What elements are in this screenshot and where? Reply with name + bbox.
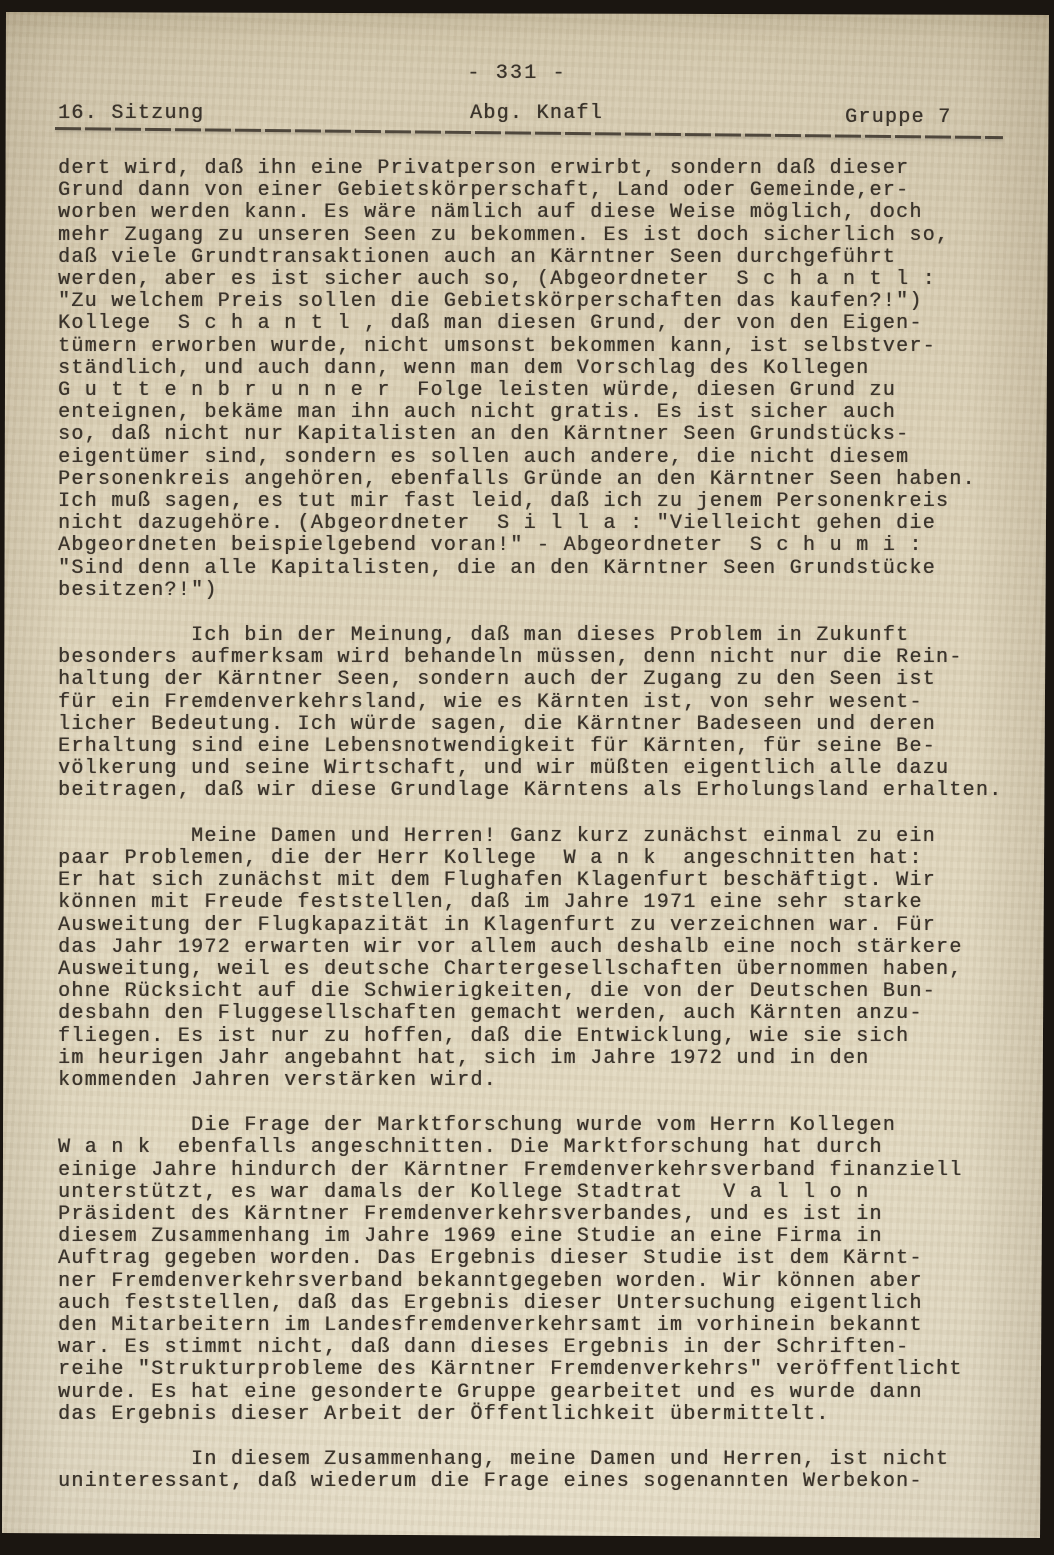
text-line: "Sind denn alle Kapitalisten, die an den… [58, 558, 1018, 580]
text-line: reihe "Strukturprobleme des Kärntner Fre… [58, 1359, 1018, 1381]
text-line: uninteressant, daß wiederum die Frage ei… [58, 1471, 1018, 1493]
text-line: einige Jahre hindurch der Kärntner Fremd… [58, 1160, 1018, 1182]
text-line: unterstützt, es war damals der Kollege S… [58, 1182, 1018, 1204]
text-line: ner Fremdenverkehrsverband bekanntgegebe… [58, 1271, 1018, 1293]
text-line: licher Bedeutung. Ich würde sagen, die K… [58, 714, 1018, 736]
text-line: Abgeordneten beispielgebend voran!" - Ab… [58, 535, 1018, 557]
text-line: haltung der Kärntner Seen, sondern auch … [58, 669, 1018, 691]
text-line: daß viele Grundtransaktionen auch an Kär… [58, 247, 1018, 269]
text-line: das Jahr 1972 erwarten wir vor allem auc… [58, 937, 1018, 959]
text-line: Ich bin der Meinung, daß man dieses Prob… [58, 625, 1018, 647]
text-line: worben werden kann. Es wäre nämlich auf … [58, 202, 1018, 224]
text-line: In diesem Zusammenhang, meine Damen und … [58, 1449, 1018, 1471]
text-line: Grund dann von einer Gebietskörperschaft… [58, 180, 1018, 202]
text-line: Ausweitung der Flugkapazität in Klagenfu… [58, 915, 1018, 937]
text-line: Personenkreis angehören, ebenfalls Gründ… [58, 469, 1018, 491]
text-line: paar Problemen, die der Herr Kollege W a… [58, 848, 1018, 870]
text-line: Präsident des Kärntner Fremdenverkehrsve… [58, 1204, 1018, 1226]
scanned-page: - 331 - 16. Sitzung Abg. Knafl Gruppe 7 … [0, 0, 1054, 1555]
text-line: im heurigen Jahr angebahnt hat, sich im … [58, 1048, 1018, 1070]
text-line: eigentümer sind, sondern es sollen auch … [58, 447, 1018, 469]
page-number: - 331 - [0, 62, 1034, 85]
text-line: G u t t e n b r u n n e r Folge leisten … [58, 380, 1018, 402]
document-body: dert wird, daß ihn eine Privatperson erw… [58, 158, 1018, 1516]
paragraph: Die Frage der Marktforschung wurde vom H… [58, 1115, 1018, 1426]
header-session-label: 16. Sitzung [58, 102, 204, 125]
text-line: so, daß nicht nur Kapitalisten an den Kä… [58, 424, 1018, 446]
text-line: tümern erworben wurde, nicht umsonst bek… [58, 336, 1018, 358]
text-line: Erhaltung sind eine Lebensnotwendigkeit … [58, 736, 1018, 758]
text-line: nicht dazugehöre. (Abgeordneter S i l l … [58, 513, 1018, 535]
paragraph: Meine Damen und Herren! Ganz kurz zunäch… [58, 826, 1018, 1092]
text-line: völkerung und seine Wirtschaft, und wir … [58, 758, 1018, 780]
text-line: war. Es stimmt nicht, daß dann dieses Er… [58, 1337, 1018, 1359]
text-line: ohne Rücksicht auf die Schwierigkeiten, … [58, 981, 1018, 1003]
text-line: besitzen?!") [58, 580, 1018, 602]
text-line: Ausweitung, weil es deutsche Chartergese… [58, 959, 1018, 981]
text-line: enteignen, bekäme man ihn auch nicht gra… [58, 402, 1018, 424]
text-line: "Zu welchem Preis sollen die Gebietskörp… [58, 291, 1018, 313]
header-speaker-label: Abg. Knafl [470, 102, 603, 125]
text-line: können mit Freude feststellen, daß im Ja… [58, 892, 1018, 914]
paragraph: dert wird, daß ihn eine Privatperson erw… [58, 158, 1018, 602]
header-group-label: Gruppe 7 [845, 106, 951, 129]
text-line: W a n k ebenfalls angeschnitten. Die Mar… [58, 1137, 1018, 1159]
text-line: Ich muß sagen, es tut mir fast leid, daß… [58, 491, 1018, 513]
text-line: besonders aufmerksam wird behandeln müss… [58, 647, 1018, 669]
text-line: den Mitarbeitern im Landesfremdenverkehr… [58, 1315, 1018, 1337]
text-line: dert wird, daß ihn eine Privatperson erw… [58, 158, 1018, 180]
text-line: beitragen, daß wir diese Grundlage Kärnt… [58, 780, 1018, 802]
text-line: Er hat sich zunächst mit dem Flughafen K… [58, 870, 1018, 892]
text-line: diesem Zusammenhang im Jahre 1969 eine S… [58, 1226, 1018, 1248]
text-line: Die Frage der Marktforschung wurde vom H… [58, 1115, 1018, 1137]
text-line: Auftrag gegeben worden. Das Ergebnis die… [58, 1248, 1018, 1270]
text-line: auch feststellen, daß das Ergebnis diese… [58, 1293, 1018, 1315]
text-line: für ein Fremdenverkehrsland, wie es Kärn… [58, 692, 1018, 714]
text-line: kommenden Jahren verstärken wird. [58, 1070, 1018, 1092]
paragraph: In diesem Zusammenhang, meine Damen und … [58, 1449, 1018, 1493]
text-line: desbahn den Fluggesellschaften gemacht w… [58, 1003, 1018, 1025]
text-line: Meine Damen und Herren! Ganz kurz zunäch… [58, 826, 1018, 848]
text-line: ständlich, und auch dann, wenn man dem V… [58, 358, 1018, 380]
paragraph: Ich bin der Meinung, daß man dieses Prob… [58, 625, 1018, 803]
text-line: mehr Zugang zu unseren Seen zu bekommen.… [58, 225, 1018, 247]
text-line: fliegen. Es ist nur zu hoffen, daß die E… [58, 1026, 1018, 1048]
text-line: wurde. Es hat eine gesonderte Gruppe gea… [58, 1382, 1018, 1404]
text-line: werden, aber es ist sicher auch so, (Abg… [58, 269, 1018, 291]
text-line: das Ergebnis dieser Arbeit der Öffentlic… [58, 1404, 1018, 1426]
text-line: Kollege S c h a n t l , daß man diesen G… [58, 313, 1018, 335]
